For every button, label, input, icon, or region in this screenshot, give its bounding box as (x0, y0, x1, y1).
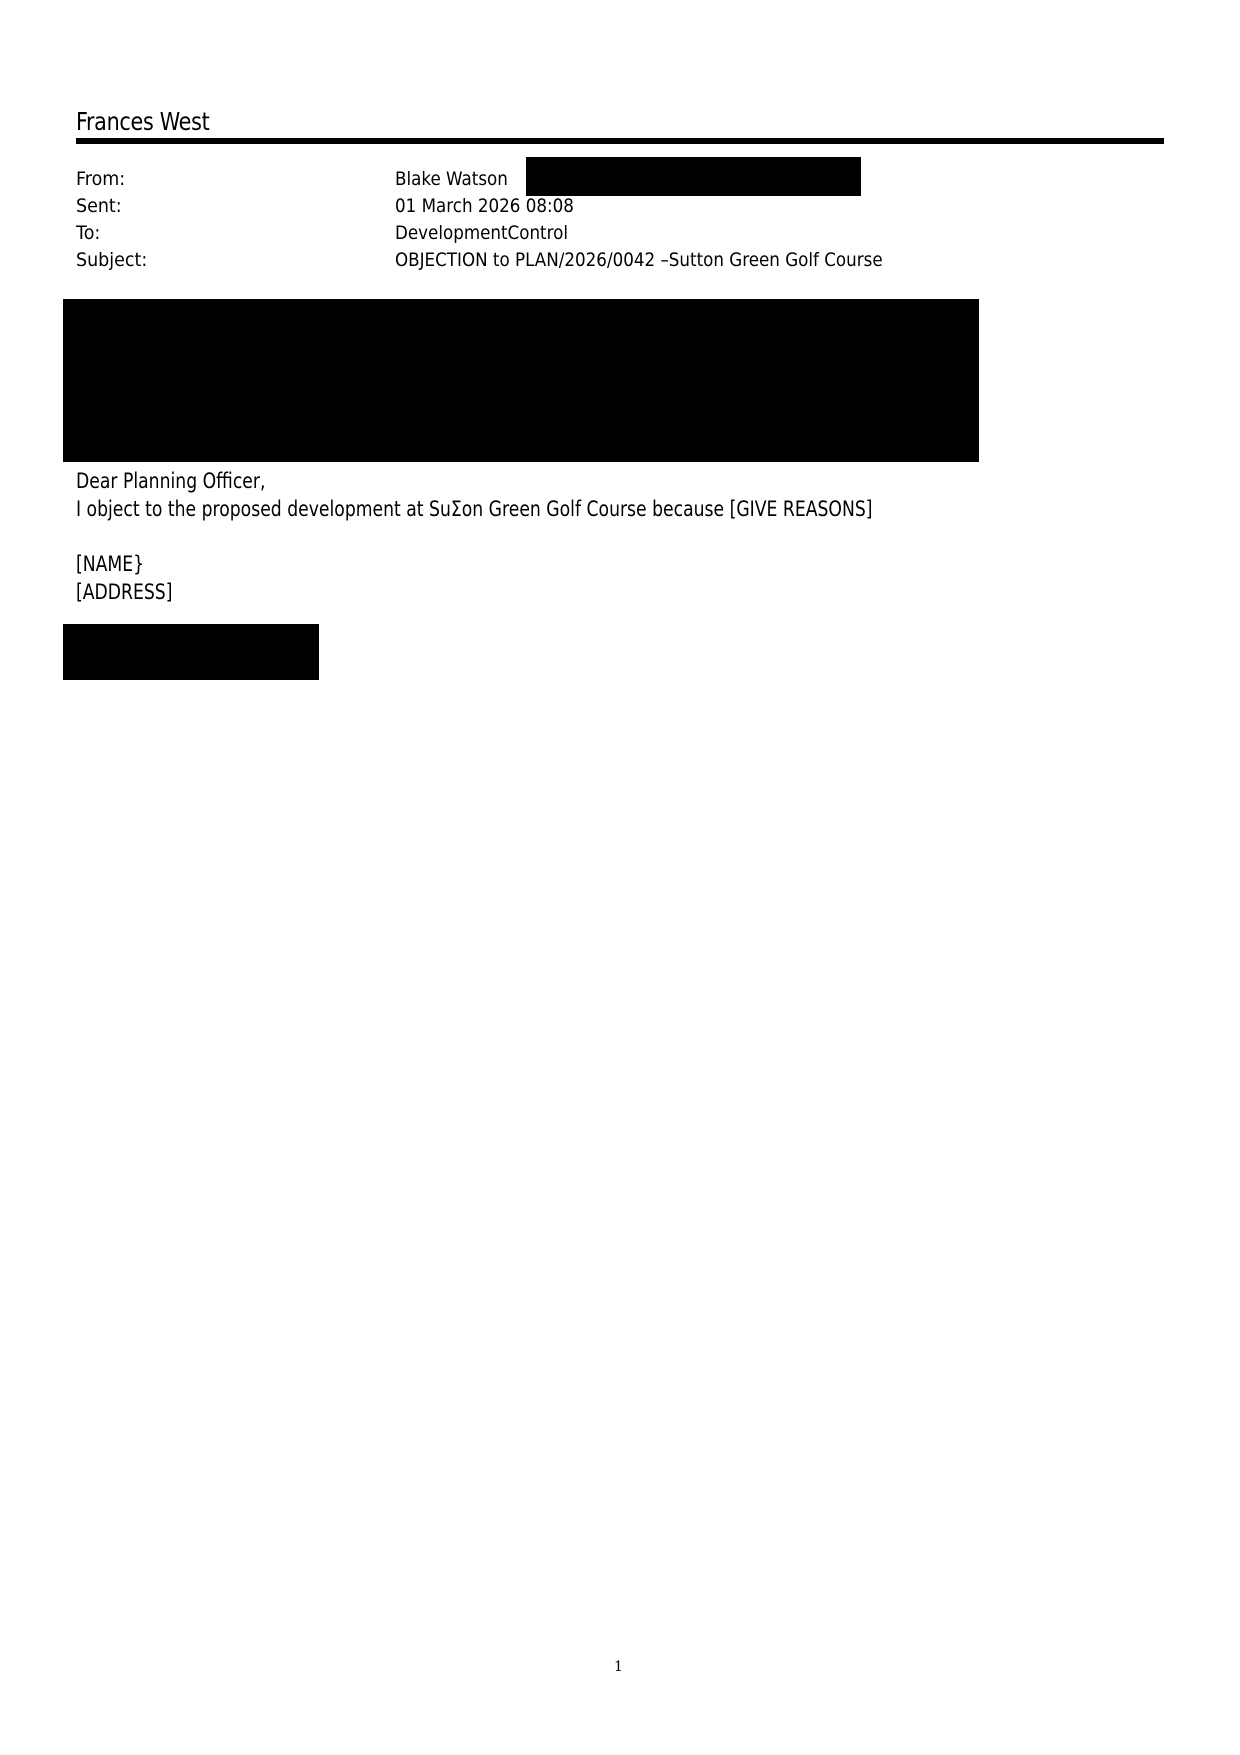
email-header-subject: Subject: OBJECTION to PLAN/2026/0042 –Su… (76, 247, 1176, 274)
redaction-from-email (526, 157, 861, 196)
page-number: 1 (614, 1658, 623, 1676)
email-header-to: To: DevelopmentControl (76, 220, 1176, 247)
sent-label: Sent: (76, 193, 122, 220)
subject-value: OBJECTION to PLAN/2026/0042 –Sutton Gree… (395, 247, 883, 274)
redaction-signature-block (63, 624, 319, 680)
letter-name-placeholder: [NAME} (76, 550, 144, 578)
redaction-main-block (63, 299, 979, 462)
page-title: Frances West (76, 106, 209, 138)
from-label: From: (76, 166, 125, 193)
from-value: Blake Watson (395, 166, 508, 193)
to-value: DevelopmentControl (395, 220, 568, 247)
letter-body-line: I object to the proposed development at … (76, 495, 873, 523)
title-divider (76, 138, 1164, 144)
to-label: To: (76, 220, 100, 247)
letter-greeting: Dear Planning Officer, (76, 467, 265, 495)
subject-label: Subject: (76, 247, 147, 274)
email-header-sent: Sent: 01 March 2026 08:08 (76, 193, 1176, 220)
letter-address-placeholder: [ADDRESS] (76, 578, 172, 606)
sent-value: 01 March 2026 08:08 (395, 193, 574, 220)
